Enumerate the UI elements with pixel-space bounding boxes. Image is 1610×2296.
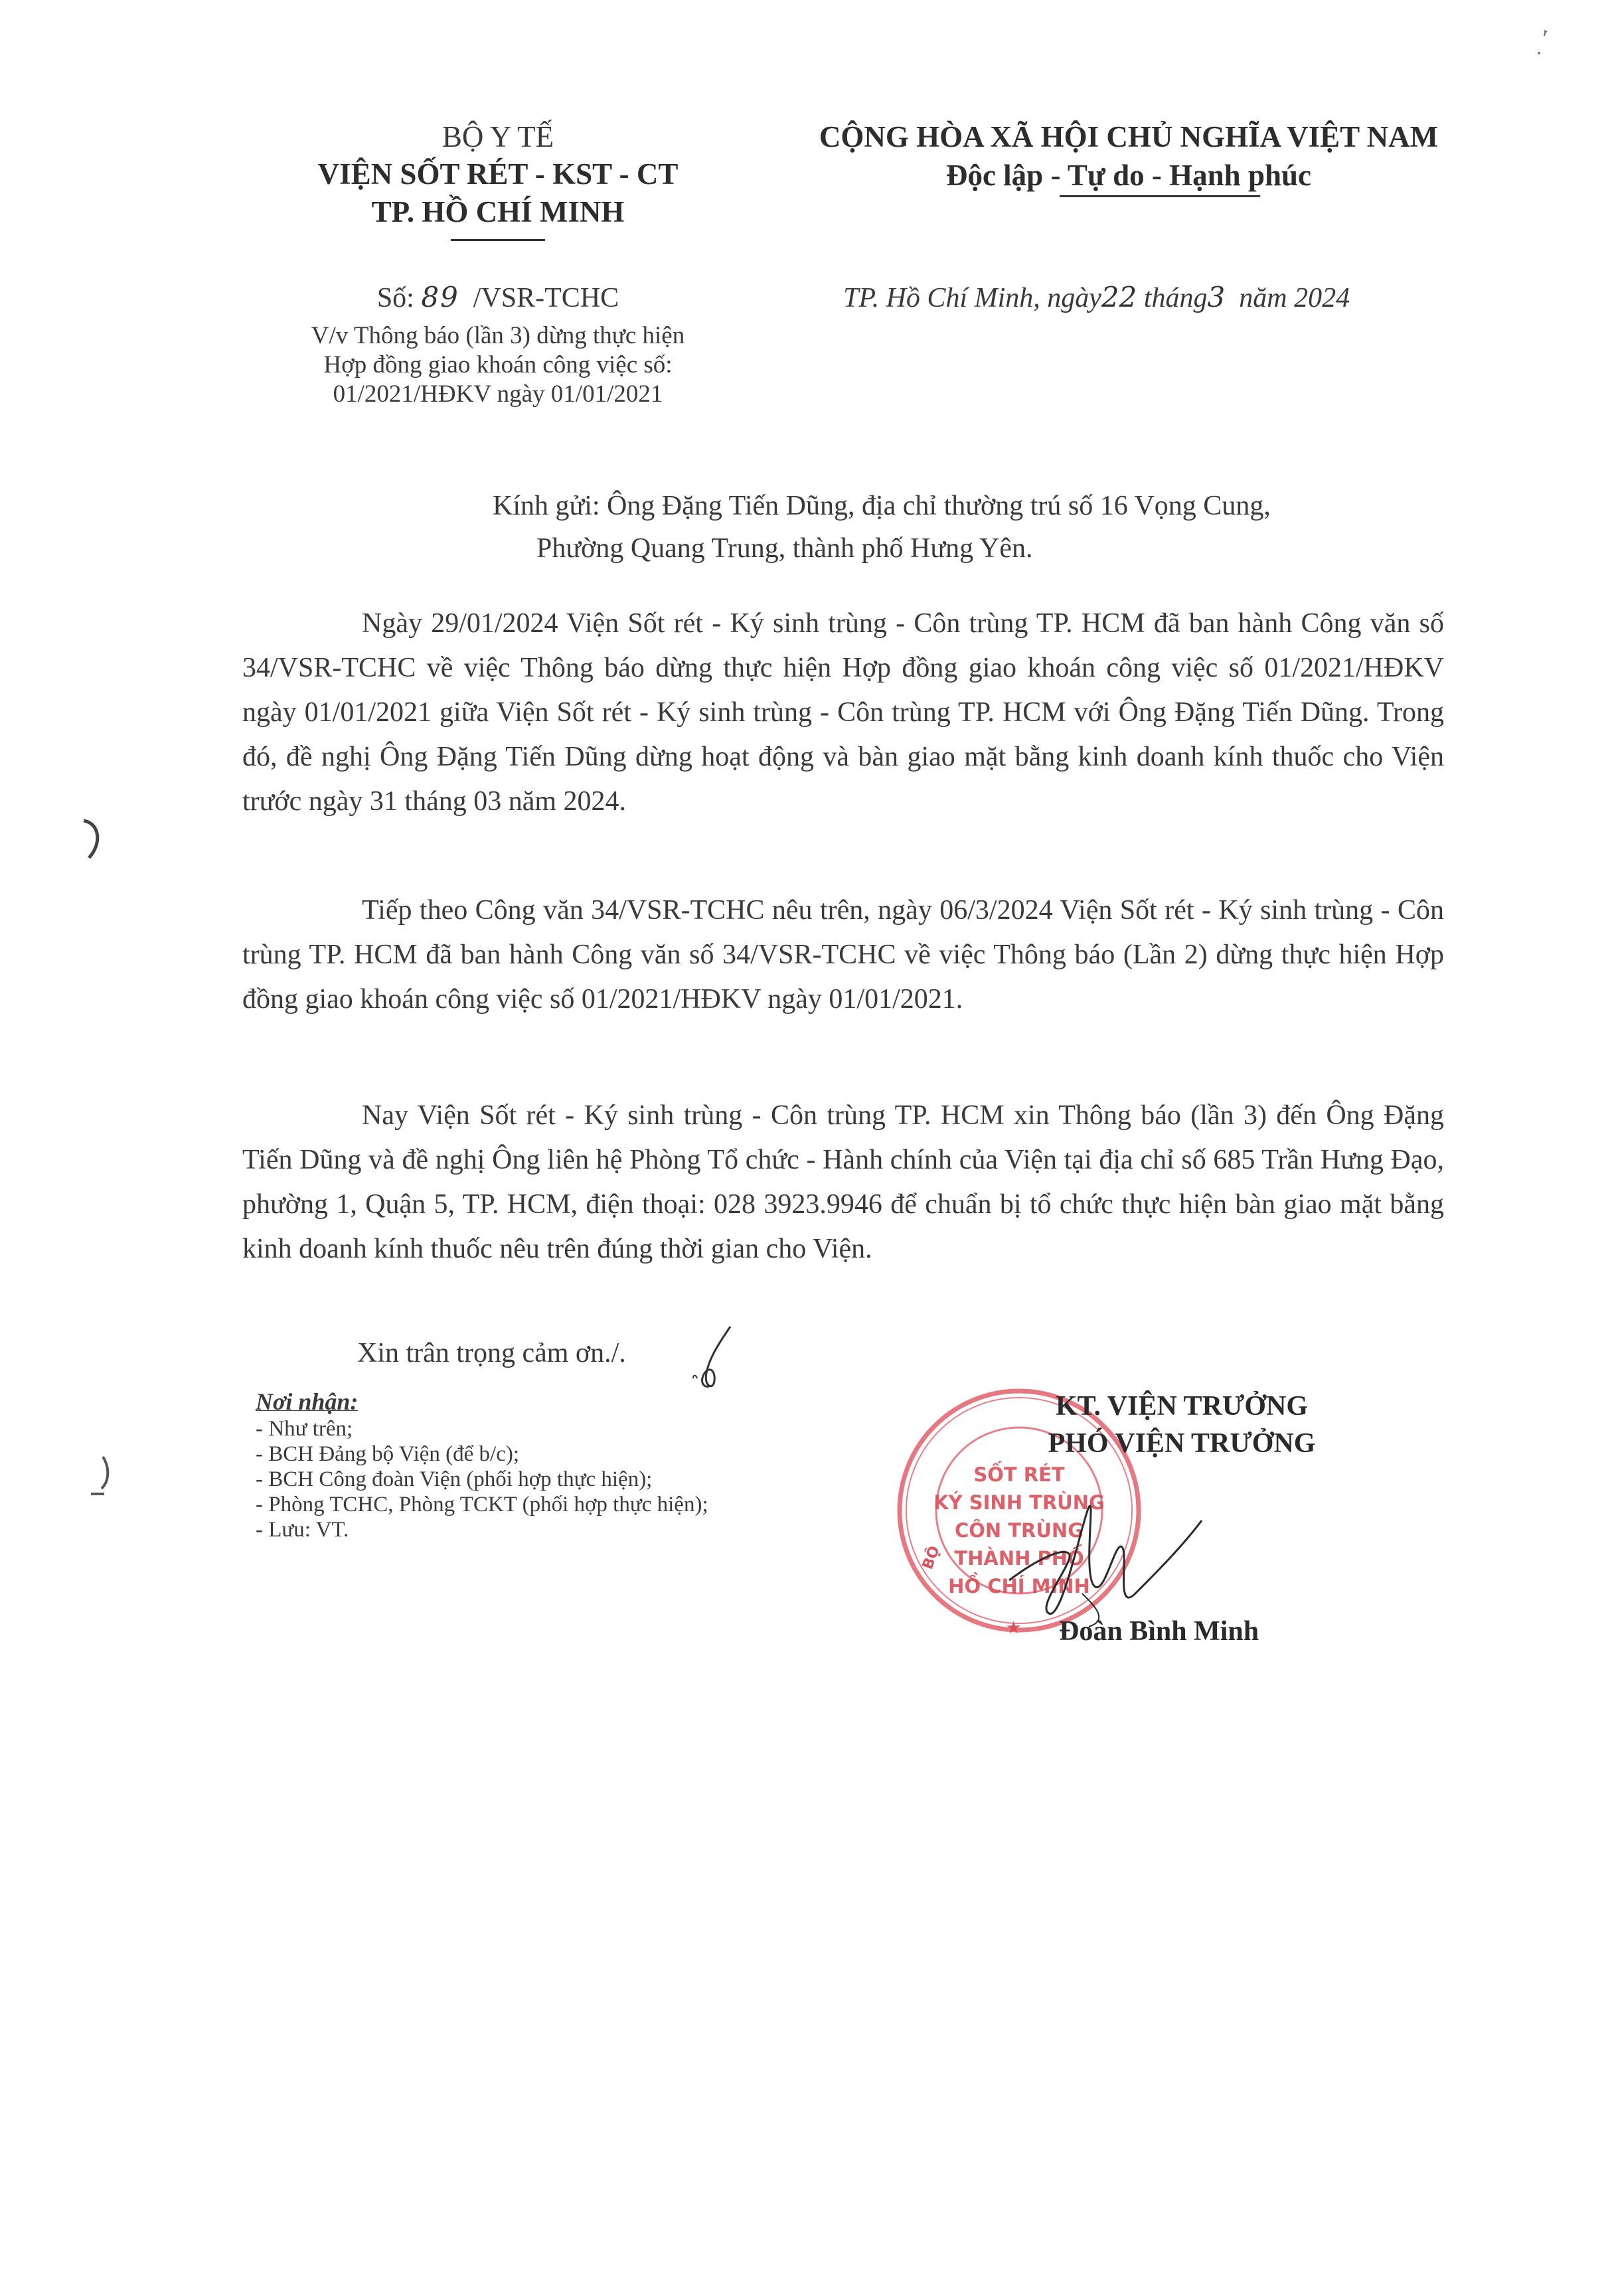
- initials-mark-icon: [684, 1321, 737, 1394]
- subject-line: 01/2021/HĐKV ngày 01/01/2021: [232, 380, 764, 409]
- handwritten-month: 3: [1208, 281, 1226, 313]
- issue-date: TP. Hồ Chí Minh, ngày22 tháng3 năm 2024: [843, 280, 1350, 315]
- ministry-name: BỘ Y TẾ: [232, 118, 764, 155]
- paragraph-text: Ngày 29/01/2024 Viện Sốt rét - Ký sinh t…: [242, 602, 1444, 824]
- distribution-item: - Phòng TCHC, Phòng TCKT (phối hợp thực …: [256, 1492, 708, 1517]
- distribution-list: Nơi nhận: - Như trên; - BCH Đảng bộ Viện…: [256, 1390, 708, 1542]
- body-paragraph-2: Tiếp theo Công văn 34/VSR-TCHC nêu trên,…: [242, 888, 1444, 1022]
- number-suffix: /VSR-TCHC: [473, 283, 619, 313]
- national-motto: Độc lập - Tự do - Hạnh phúc: [764, 155, 1494, 195]
- header-left-underline: [451, 239, 545, 241]
- institute-name: VIỆN SỐT RÉT - KST - CT: [232, 155, 764, 193]
- scan-speck-icon: [1534, 27, 1554, 60]
- nation-name: CỘNG HÒA XÃ HỘI CHỦ NGHĨA VIỆT NAM: [764, 118, 1494, 155]
- distribution-item: - Như trên;: [256, 1416, 708, 1441]
- subject-line: Hợp đồng giao khoán công việc số:: [232, 351, 764, 380]
- recipient-line: Phường Quang Trung, thành phố Hưng Yên.: [493, 527, 1271, 570]
- national-heading: CỘNG HÒA XÃ HỘI CHỦ NGHĨA VIỆT NAM Độc l…: [764, 118, 1494, 197]
- recipient: Kính gửi: Ông Đặng Tiến Dũng, địa chỉ th…: [493, 485, 1271, 570]
- handwritten-number: 89: [421, 281, 459, 313]
- distribution-item: - Lưu: VT.: [256, 1517, 708, 1542]
- body-paragraph-1: Ngày 29/01/2024 Viện Sốt rét - Ký sinh t…: [242, 602, 1444, 824]
- handwritten-day: 22: [1101, 281, 1137, 313]
- closing-line: Xin trân trọng cảm ơn./.: [357, 1336, 626, 1370]
- issuing-authority: BỘ Y TẾ VIỆN SỐT RÉT - KST - CT TP. HỒ C…: [232, 118, 764, 241]
- signer-name: Đoàn Bình Minh: [1059, 1615, 1259, 1647]
- document-number: Số: 89 /VSR-TCHC: [232, 280, 764, 315]
- paragraph-text: Tiếp theo Công văn 34/VSR-TCHC nêu trên,…: [242, 888, 1444, 1022]
- subject-line: V/v Thông báo (lần 3) dừng thực hiện: [232, 321, 764, 351]
- distribution-item: - BCH Công đoàn Viện (phối hợp thực hiện…: [256, 1467, 708, 1492]
- paragraph-text: Nay Viện Sốt rét - Ký sinh trùng - Côn t…: [242, 1094, 1444, 1271]
- date-year: năm 2024: [1239, 283, 1350, 313]
- distribution-item: - BCH Đảng bộ Viện (để b/c);: [256, 1441, 708, 1467]
- body-paragraph-3: Nay Viện Sốt rét - Ký sinh trùng - Côn t…: [242, 1094, 1444, 1271]
- distribution-title: Nơi nhận:: [256, 1390, 708, 1414]
- number-prefix: Số:: [377, 283, 414, 313]
- recipient-line: Kính gửi: Ông Đặng Tiến Dũng, địa chỉ th…: [493, 485, 1271, 527]
- date-place: TP. Hồ Chí Minh, ngày: [843, 283, 1101, 313]
- motto-underline: [1060, 195, 1260, 197]
- scan-punch-mark-icon: [90, 1454, 116, 1501]
- signature-block: KT. VIỆN TRƯỞNG PHÓ VIỆN TRƯỞNG: [983, 1388, 1381, 1462]
- signer-title: PHÓ VIỆN TRƯỞNG: [983, 1425, 1381, 1462]
- institute-city: TP. HỒ CHÍ MINH: [232, 193, 764, 231]
- document-subject: V/v Thông báo (lần 3) dừng thực hiện Hợp…: [232, 321, 764, 409]
- scan-punch-mark-icon: [80, 817, 106, 863]
- signer-on-behalf: KT. VIỆN TRƯỞNG: [983, 1388, 1381, 1425]
- date-month-label: tháng: [1144, 283, 1208, 313]
